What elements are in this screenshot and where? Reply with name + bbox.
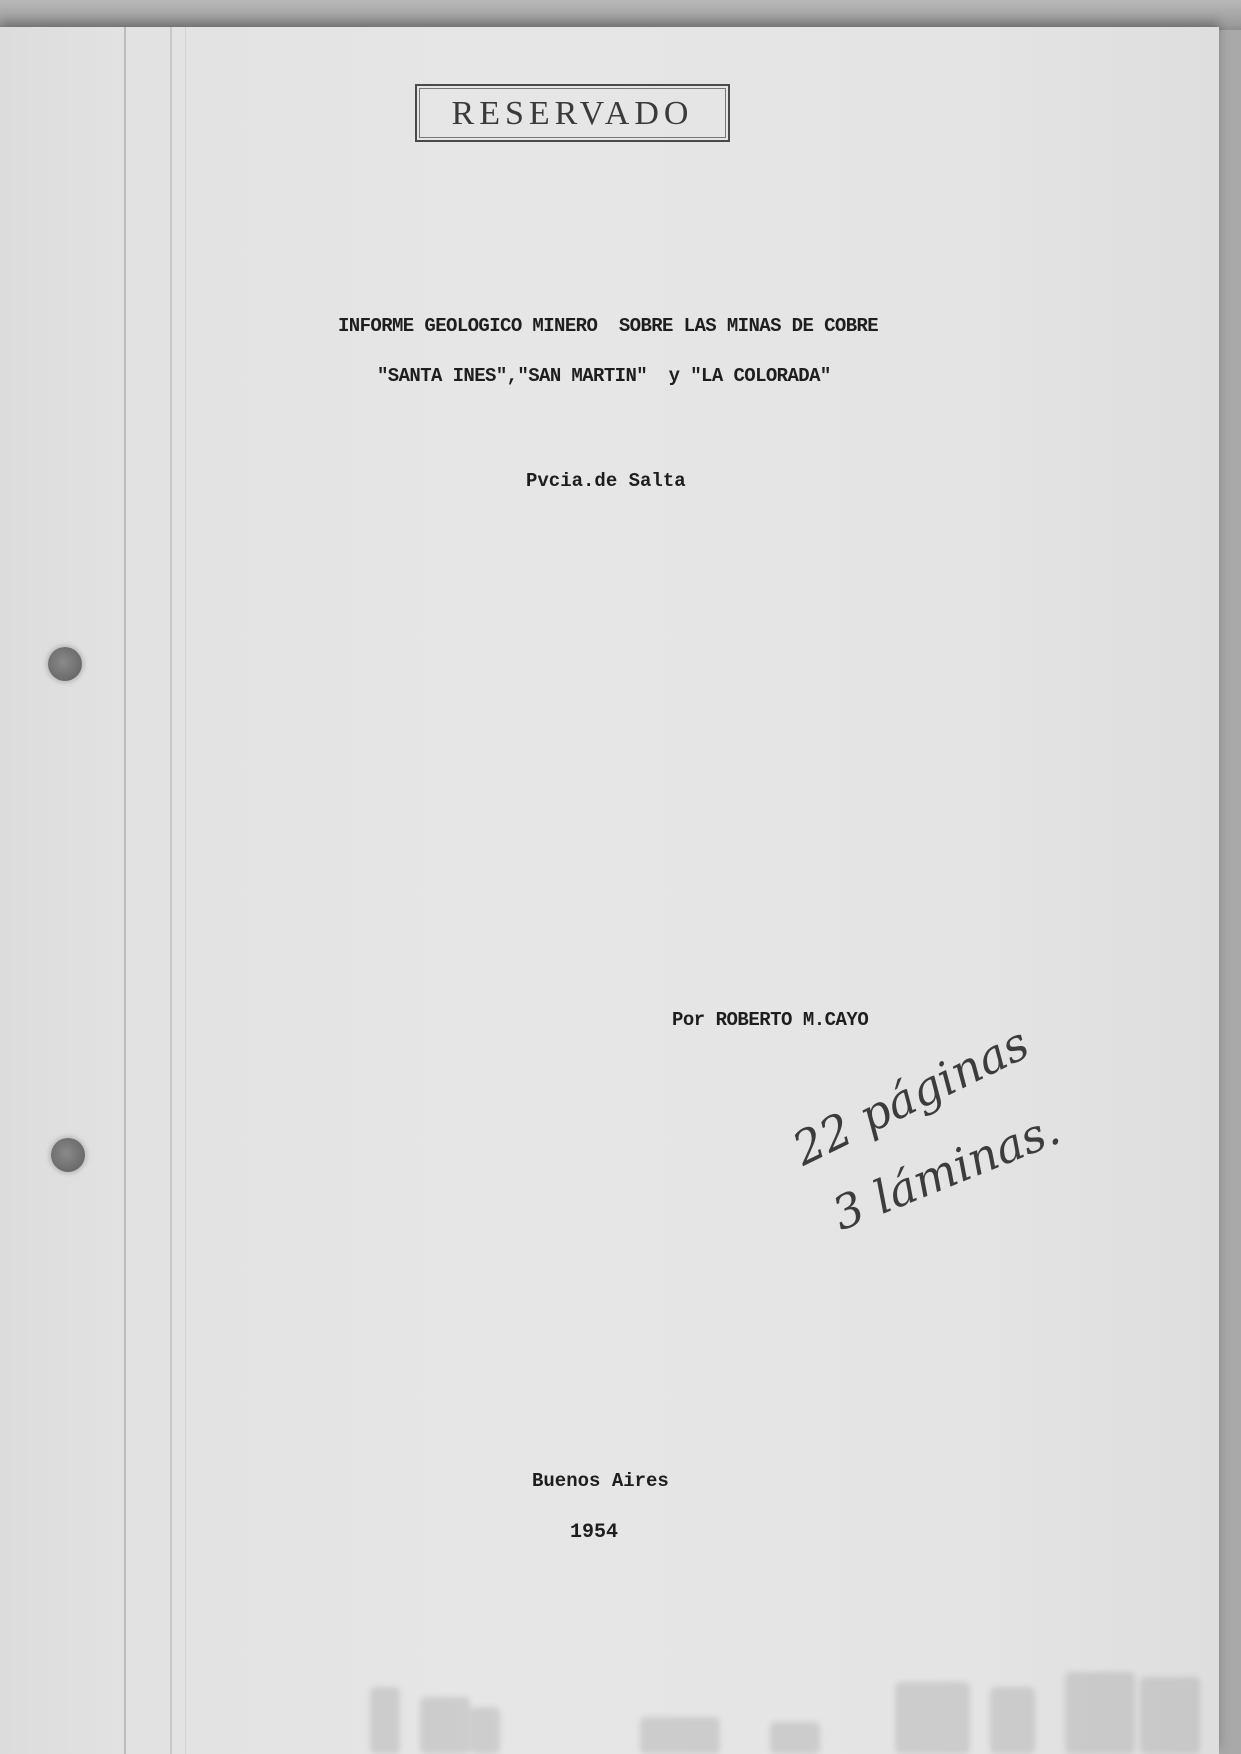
ink-smudge <box>1065 1672 1135 1754</box>
punch-hole-icon <box>51 1138 85 1172</box>
report-title-line-1: INFORME GEOLOGICO MINERO SOBRE LAS MINAS… <box>338 315 878 337</box>
ink-smudge <box>640 1717 720 1754</box>
author-line: Por ROBERTO M.CAYO <box>672 1009 868 1031</box>
stamp-text: RESERVADO <box>452 95 694 133</box>
scanner-background <box>0 0 1241 30</box>
ink-smudge <box>770 1722 820 1754</box>
ink-smudge <box>895 1682 970 1754</box>
reserved-stamp: RESERVADO <box>415 84 730 142</box>
document-page: RESERVADO INFORME GEOLOGICO MINERO SOBRE… <box>0 27 1219 1754</box>
binding-fold-line <box>124 27 126 1754</box>
punch-hole-icon <box>48 647 82 681</box>
binding-fold-line <box>170 27 172 1754</box>
report-title-line-2: "SANTA INES","SAN MARTIN" y "LA COLORADA… <box>377 365 831 387</box>
ink-smudge <box>370 1687 400 1754</box>
publication-place: Buenos Aires <box>532 1470 669 1492</box>
ink-smudge <box>990 1687 1035 1754</box>
ink-smudge <box>470 1707 500 1754</box>
ink-smudge <box>420 1697 470 1754</box>
province-label: Pvcia.de Salta <box>526 470 686 492</box>
ink-smudge <box>1140 1677 1200 1754</box>
binding-fold-line <box>185 27 186 1754</box>
publication-year: 1954 <box>570 1521 618 1544</box>
